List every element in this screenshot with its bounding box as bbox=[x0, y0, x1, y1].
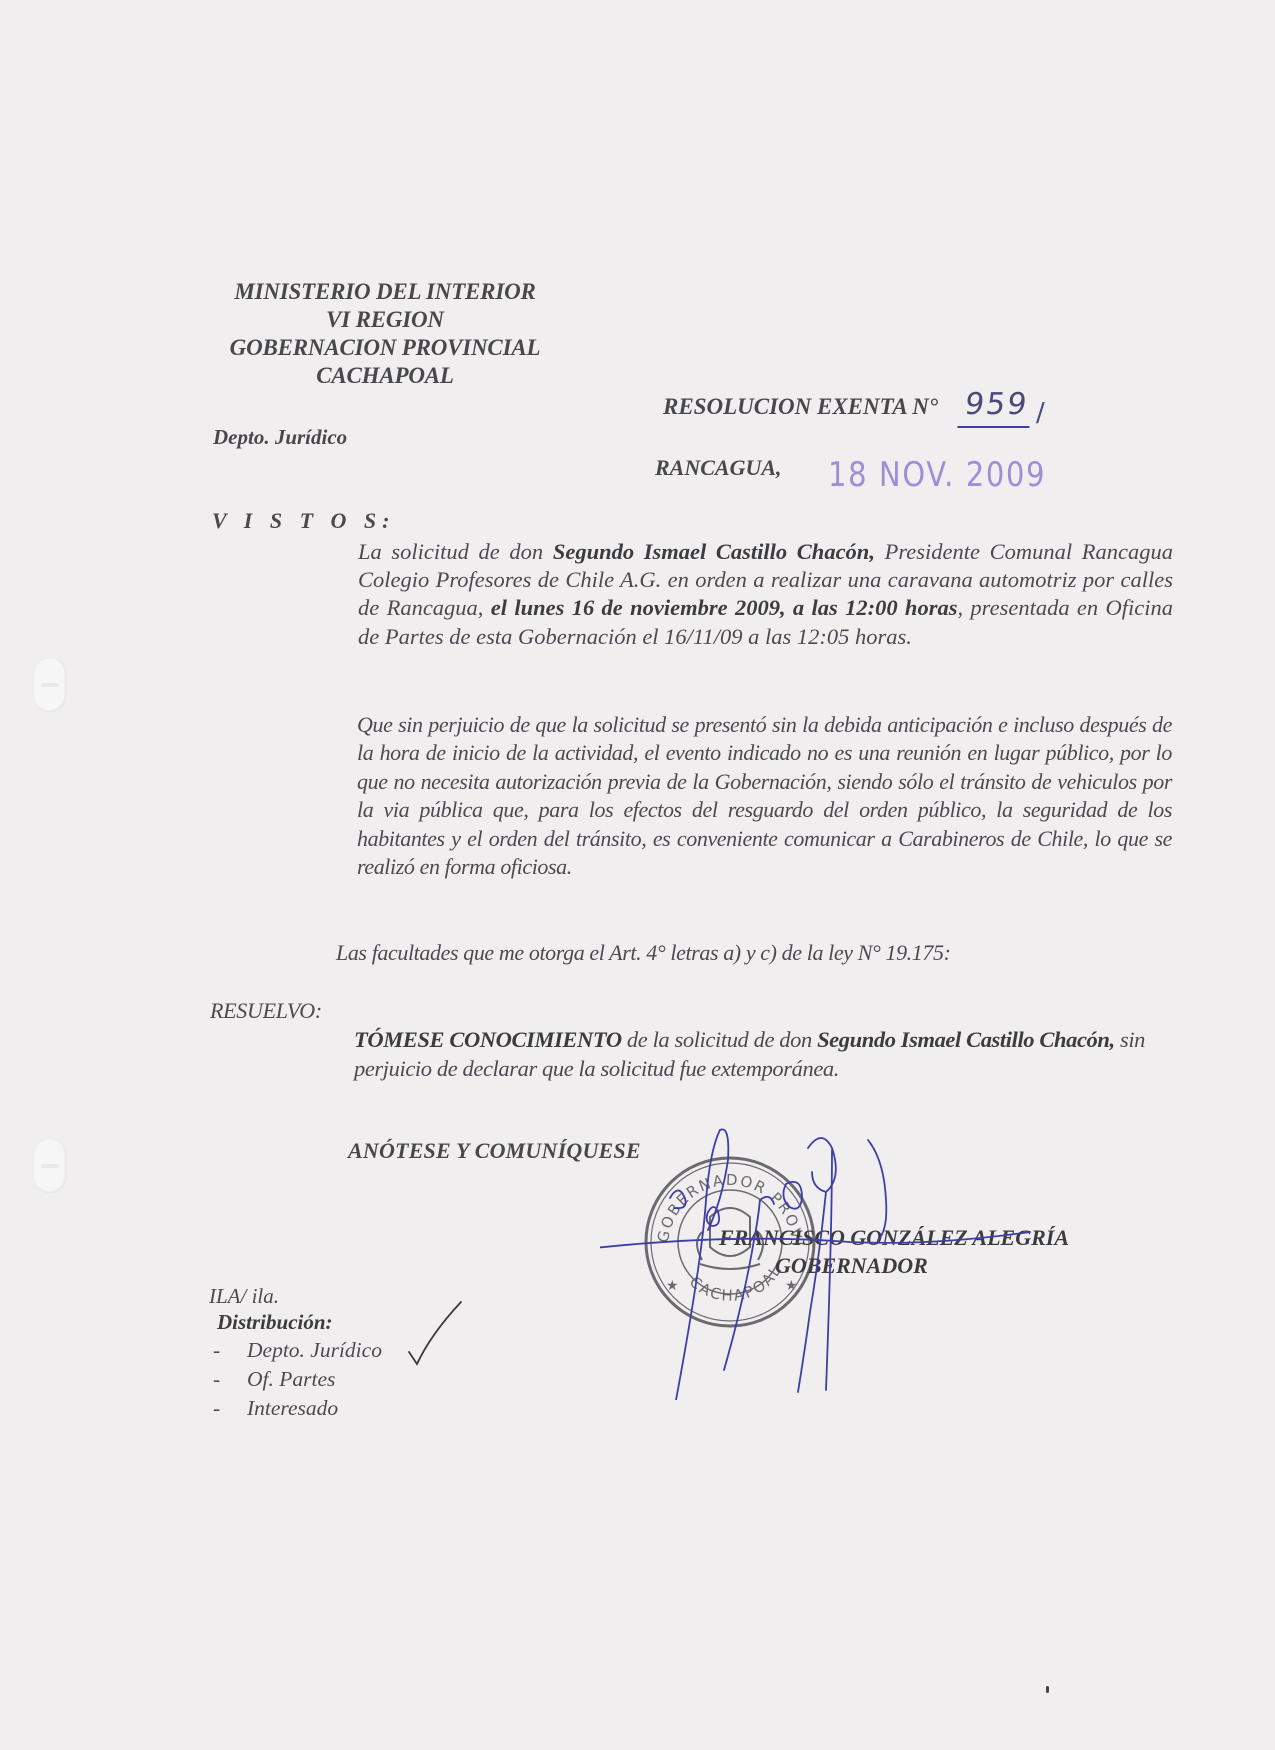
event-datetime: el lunes 16 de noviembre 2009, a las 12:… bbox=[491, 595, 958, 620]
typist-initials: ILA/ ila. bbox=[209, 1284, 279, 1309]
issuer-header: MINISTERIO DEL INTERIOR VI REGION GOBERN… bbox=[200, 278, 570, 390]
header-line-region: VI REGION bbox=[200, 306, 570, 334]
punch-hole-bottom bbox=[34, 1139, 66, 1193]
vistos-paragraph-considerations: Que sin perjuicio de que la solicitud se… bbox=[357, 711, 1172, 881]
text: La solicitud de don bbox=[358, 539, 553, 564]
distribution-item-label: Depto. Jurídico bbox=[247, 1336, 382, 1365]
closing-formula: ANÓTESE Y COMUNÍQUESE bbox=[348, 1138, 641, 1164]
vistos-paragraph-request: La solicitud de don Segundo Ismael Casti… bbox=[358, 538, 1173, 651]
distribution-list: -Depto. Jurídico -Of. Partes -Interesado bbox=[213, 1336, 382, 1423]
bullet-dash: - bbox=[213, 1394, 247, 1423]
bullet-dash: - bbox=[213, 1336, 247, 1365]
header-line-ministry: MINISTERIO DEL INTERIOR bbox=[200, 278, 570, 306]
paper-speck bbox=[1046, 1686, 1049, 1693]
distribution-item-label: Of. Partes bbox=[247, 1365, 335, 1394]
distribution-item: -Interesado bbox=[213, 1394, 382, 1423]
resuelvo-heading: RESUELVO: bbox=[210, 998, 322, 1024]
header-line-province: CACHAPOAL bbox=[200, 362, 570, 390]
punch-hole-top bbox=[34, 658, 66, 712]
applicant-name: Segundo Ismael Castillo Chacón, bbox=[553, 539, 875, 564]
vistos-heading: V I S T O S: bbox=[212, 508, 395, 534]
resolution-action: TÓMESE CONOCIMIENTO bbox=[354, 1027, 622, 1052]
distribution-item: -Depto. Jurídico bbox=[213, 1336, 382, 1365]
resolution-number: 959 bbox=[957, 390, 1034, 428]
bullet-dash: - bbox=[213, 1365, 247, 1394]
department-label: Depto. Jurídico bbox=[213, 425, 347, 450]
resolution-slash: / bbox=[1036, 398, 1045, 428]
resuelvo-paragraph: TÓMESE CONOCIMIENTO de la solicitud de d… bbox=[354, 1025, 1174, 1083]
place-label: RANCAGUA, bbox=[655, 455, 782, 481]
distribution-item: -Of. Partes bbox=[213, 1365, 382, 1394]
text: de la solicitud de don bbox=[622, 1027, 817, 1052]
handwritten-signature-icon bbox=[600, 1120, 1060, 1400]
distribution-heading: Distribución: bbox=[217, 1310, 333, 1335]
resolution-label: RESOLUCION EXENTA N° bbox=[663, 394, 938, 420]
checkmark-icon bbox=[405, 1300, 465, 1370]
distribution-item-label: Interesado bbox=[247, 1394, 338, 1423]
applicant-name: Segundo Ismael Castillo Chacón, bbox=[817, 1027, 1115, 1052]
vistos-paragraph-legal-basis: Las facultades que me otorga el Art. 4° … bbox=[336, 940, 1096, 966]
header-line-gobernacion: GOBERNACION PROVINCIAL bbox=[200, 334, 570, 362]
date-stamp: 18 NOV. 2009 bbox=[828, 455, 1046, 495]
